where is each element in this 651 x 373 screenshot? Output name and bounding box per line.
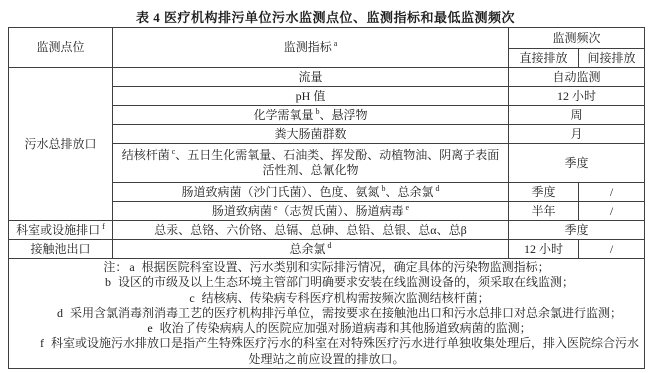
indicator-salmonella-group: 肠道致病菌（沙门氏菌）、色度、氨氮b、总余氯d: [113, 183, 509, 202]
freq-text: 自动监测: [553, 70, 601, 84]
note-text: 采用含氯消毒剂消毒工艺的医疗机构排污单位，需按要求在接触池出口和污水总排口对总余…: [70, 306, 622, 320]
note-item-d: d采用含氯消毒剂消毒工艺的医疗机构排污单位，需按要求在接触池出口和污水总排口对总…: [13, 306, 640, 321]
freq-text: 季度: [531, 185, 555, 199]
note-letter: d: [57, 306, 63, 320]
indicator-flow: 流量: [113, 68, 509, 87]
point-sup: f: [102, 222, 105, 231]
freq-text: /: [610, 204, 613, 218]
indicator-fecal-coliform: 粪大肠菌群数: [113, 125, 509, 144]
indicator-sup: d: [328, 241, 332, 250]
header-indirect-discharge: 间接排放: [579, 49, 645, 68]
indicator-shigella-virus: 肠道致病菌e（志贺氏菌）、肠道病毒e: [113, 202, 509, 221]
freq-fecal-coliform: 月: [509, 125, 645, 144]
note-item-b: b设区的市级及以上生态环境主管部门明确要求安装在线监测设备的，须采取在线监测；: [13, 275, 640, 290]
freq-text: /: [610, 185, 613, 199]
indicator-text: 总余氯: [289, 242, 325, 256]
note-text: 设区的市级及以上生态环境主管部门明确要求安装在线监测设备的，须采取在线监测；: [118, 275, 574, 289]
indicator-text: 、五日生化需氧量、石油类、挥发酚、动植物油、阴离子表面活性剂、总氰化物: [175, 148, 499, 177]
freq-text: 周: [571, 108, 583, 122]
freq-text: 月: [571, 127, 583, 141]
freq-heavy-metals: 季度: [509, 221, 645, 240]
indicator-text: 肠道致病菌: [212, 204, 272, 218]
indicator-text: （志贺氏菌）、肠道病毒: [278, 204, 404, 218]
note-item-f: f科室或设施污水排放口是指产生特殊医疗污水的科室在对特殊医疗污水进行单独收集处理…: [13, 336, 640, 367]
freq-cod-ss: 周: [509, 106, 645, 125]
note-item-c: c结核病、传染病专科医疗机构需按频次监测结核杆菌；: [13, 291, 640, 306]
point-label: 接触池出口: [30, 242, 90, 256]
point-label: 科室或设施排口: [16, 223, 100, 237]
header-indicator-sup: a: [334, 39, 338, 48]
table-row: 注：a根据医院科室设置、污水类别和实际排污情况，确定具体的污染物监测指标； b设…: [9, 259, 645, 369]
note-text: 收治了传染病病人的医院应加强对肠道病毒和其他肠道致病菌的监测；: [160, 321, 532, 335]
note-prefix: 注：: [103, 260, 127, 274]
footnotes-cell: 注：a根据医院科室设置、污水类别和实际排污情况，确定具体的污染物监测指标； b设…: [9, 259, 645, 369]
header-indicator: 监测指标a: [113, 28, 509, 68]
header-point-label: 监测点位: [36, 40, 84, 54]
note-item-a: 注：a根据医院科室设置、污水类别和实际排污情况，确定具体的污染物监测指标；: [13, 260, 640, 275]
freq-text: /: [610, 242, 613, 256]
table-title: 表 4 医疗机构排污单位污水监测点位、监测指标和最低监测频次: [0, 0, 651, 27]
header-point: 监测点位: [9, 28, 113, 68]
freq-text: 12 小时: [524, 242, 563, 256]
freq-text: 12 小时: [557, 89, 596, 103]
point-contact-tank-outlet: 接触池出口: [9, 240, 113, 259]
freq-residual-chlorine-indirect: /: [579, 240, 645, 259]
freq-text: 半年: [531, 204, 555, 218]
header-direct-label: 直接排放: [519, 51, 567, 65]
indicator-text: 、悬浮物: [320, 108, 368, 122]
freq-ph: 12 小时: [509, 87, 645, 106]
note-letter: a: [129, 260, 134, 274]
indicator-heavy-metals: 总汞、总铬、六价铬、总镉、总砷、总铅、总银、总α、总β: [113, 221, 509, 240]
indicator-text: 化学需氧量: [253, 108, 313, 122]
note-text: 科室或设施污水排放口是指产生特殊医疗污水的科室在对特殊医疗污水进行单独收集处理后…: [51, 336, 639, 365]
indicator-text: 肠道致病菌（沙门氏菌）、色度、氨氮: [181, 185, 379, 199]
indicator-text: 、总余氯: [386, 185, 434, 199]
header-direct-discharge: 直接排放: [509, 49, 579, 68]
note-letter: c: [189, 291, 194, 305]
header-indirect-label: 间接排放: [588, 51, 636, 65]
freq-salmonella-direct: 季度: [509, 183, 579, 202]
table-row: 污水总排放口 流量 自动监测: [9, 68, 645, 87]
freq-shigella-direct: 半年: [509, 202, 579, 221]
indicator-text: 流量: [298, 70, 322, 84]
point-dept-outlet: 科室或设施排口f: [9, 221, 113, 240]
freq-text: 季度: [565, 223, 589, 237]
indicator-sup: e: [406, 203, 410, 212]
point-label: 污水总排放口: [24, 137, 96, 151]
indicator-cod-ss: 化学需氧量b、悬浮物: [113, 106, 509, 125]
note-letter: b: [105, 275, 111, 289]
note-item-e: e收治了传染病病人的医院应加强对肠道病毒和其他肠道致病菌的监测；: [13, 321, 640, 336]
table-row: 接触池出口 总余氯d 12 小时 /: [9, 240, 645, 259]
freq-residual-chlorine-direct: 12 小时: [509, 240, 579, 259]
note-letter: e: [147, 321, 152, 335]
indicator-tubercle-group: 结核杆菌c、五日生化需氧量、石油类、挥发酚、动植物油、阴离子表面活性剂、总氰化物: [113, 144, 509, 183]
header-frequency-label: 监测频次: [553, 31, 601, 45]
freq-text: 季度: [565, 156, 589, 170]
header-indicator-label: 监测指标: [284, 40, 332, 54]
indicator-text: 结核杆菌: [122, 148, 170, 162]
header-frequency: 监测频次: [509, 28, 645, 49]
point-main-outlet: 污水总排放口: [9, 68, 113, 221]
note-text: 结核病、传染病专科医疗机构需按频次监测结核杆菌；: [202, 291, 490, 305]
note-text: 根据医院科室设置、污水类别和实际排污情况，确定具体的污染物监测指标；: [142, 260, 550, 274]
monitoring-table: 监测点位 监测指标a 监测频次 直接排放 间接排放 污水总排放口 流量 自动监测…: [8, 27, 645, 369]
indicator-residual-chlorine: 总余氯d: [113, 240, 509, 259]
freq-tubercle-group: 季度: [509, 144, 645, 183]
indicator-text: pH 值: [296, 89, 326, 103]
freq-salmonella-indirect: /: [579, 183, 645, 202]
indicator-text: 粪大肠菌群数: [274, 127, 346, 141]
note-letter: f: [40, 336, 44, 350]
indicator-ph: pH 值: [113, 87, 509, 106]
table-row: 科室或设施排口f 总汞、总铬、六价铬、总镉、总砷、总铅、总银、总α、总β 季度: [9, 221, 645, 240]
indicator-sup: d: [436, 184, 440, 193]
freq-shigella-indirect: /: [579, 202, 645, 221]
indicator-text: 总汞、总铬、六价铬、总镉、总砷、总铅、总银、总α、总β: [154, 223, 466, 237]
freq-flow: 自动监测: [509, 68, 645, 87]
